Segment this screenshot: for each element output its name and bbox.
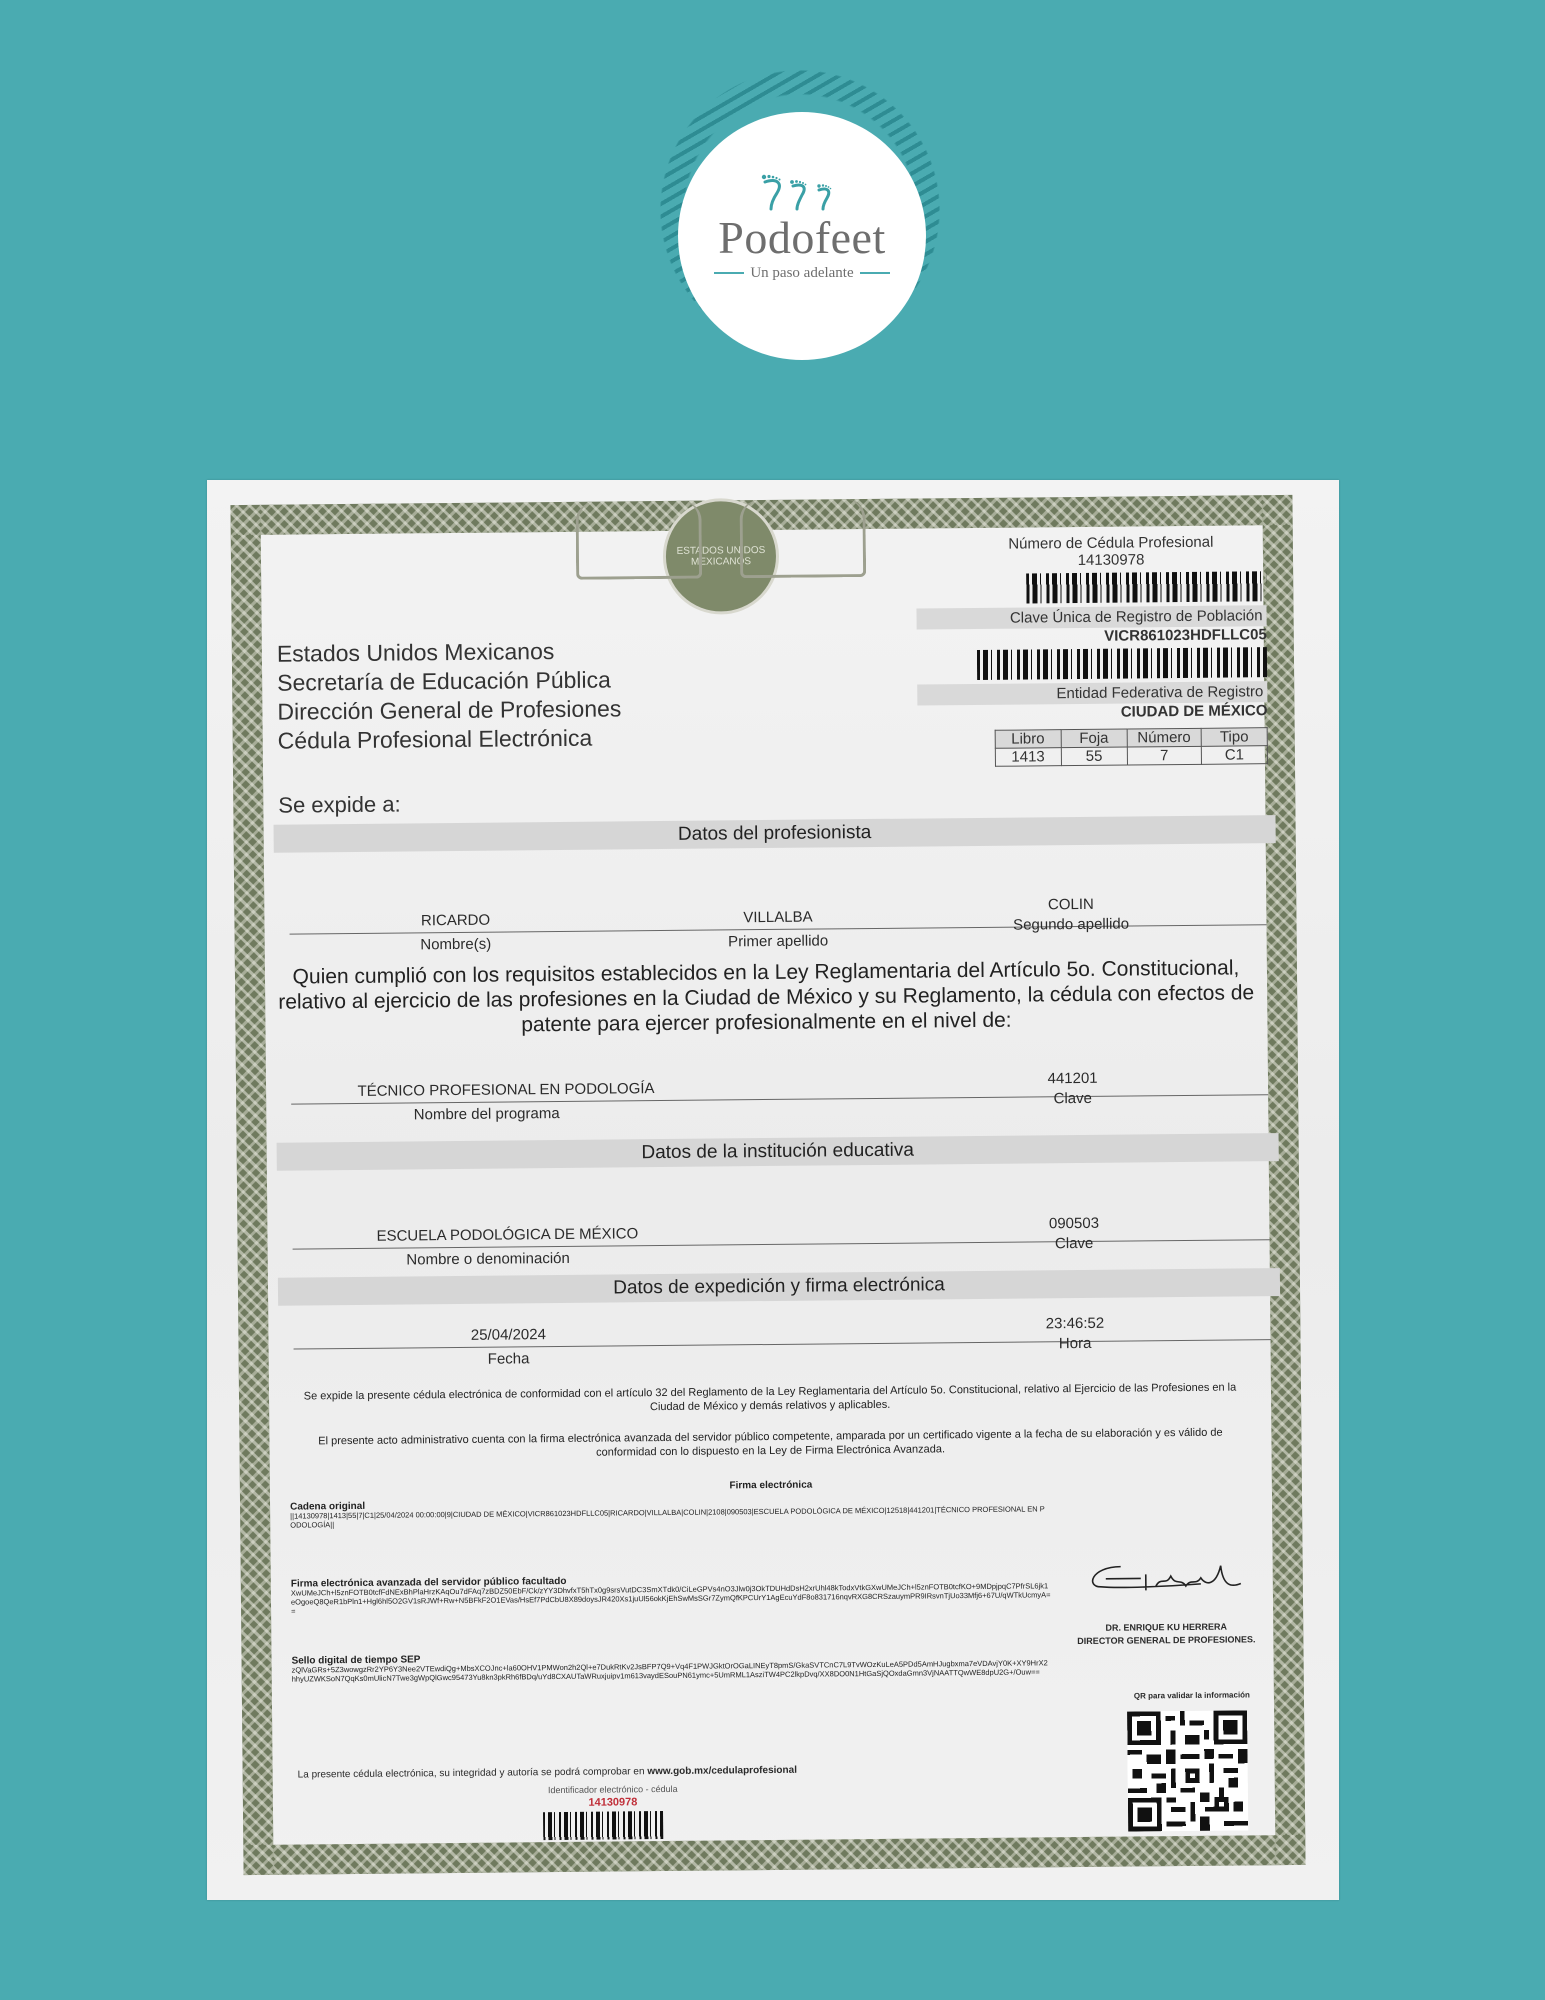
- table-header: Foja: [1061, 729, 1127, 748]
- program-name: TÉCNICO PROFESIONAL EN PODOLOGÍA: [357, 1080, 654, 1100]
- table-header: Número: [1127, 728, 1202, 747]
- logo-tagline: Un paso adelante: [714, 265, 889, 282]
- legal-text-2: El presente acto administrativo cuenta c…: [269, 1425, 1271, 1463]
- table-cell: C1: [1201, 746, 1267, 765]
- verify-text: La presente cédula electrónica, su integ…: [298, 1766, 645, 1780]
- qr-label: QR para validar la información: [1102, 1690, 1282, 1701]
- tagline-dash-right: [860, 272, 890, 274]
- cedula-barcode: [1026, 571, 1266, 603]
- table-cell: 55: [1061, 747, 1127, 766]
- qr-code-icon[interactable]: [1127, 1710, 1248, 1831]
- issuer-header: Estados Unidos Mexicanos Secretaría de E…: [277, 636, 622, 755]
- header-line: Dirección General de Profesiones: [277, 694, 621, 726]
- verify-url-link[interactable]: www.gob.mx/cedulaprofesional: [647, 1765, 797, 1777]
- institution-clave-label: Clave: [1055, 1235, 1094, 1252]
- institution-name: ESCUELA PODOLÓGICA DE MÉXICO: [376, 1225, 638, 1245]
- issue-date: 25/04/2024: [471, 1326, 546, 1344]
- primer-apellido-value: VILLALBA: [743, 909, 812, 927]
- tagline-dash-left: [714, 272, 744, 274]
- registry-table: Libro Foja Número Tipo 1413 55 7 C1: [994, 727, 1268, 767]
- program-clave: 441201: [1047, 1070, 1097, 1087]
- curp-barcode: [977, 647, 1267, 680]
- table-header: Libro: [995, 730, 1061, 749]
- verification-text: La presente cédula electrónica, su integ…: [298, 1765, 797, 1781]
- issue-time: 23:46:52: [1046, 1315, 1105, 1333]
- footprints-icon: [757, 173, 847, 213]
- segundo-apellido-value: COLIN: [1048, 896, 1094, 913]
- institution-name-label: Nombre o denominación: [406, 1250, 570, 1269]
- issuance-row: 25/04/2024 Fecha 23:46:52 Hora: [293, 1315, 1270, 1379]
- program-clave-label: Clave: [1054, 1090, 1093, 1107]
- cedula-document: ESTADOS UNIDOS MEXICANOS Estados Unidos …: [207, 480, 1339, 1900]
- legal-text-1: Se expide la presente cédula electrónica…: [269, 1380, 1271, 1418]
- section-institucion: Datos de la institución educativa: [277, 1133, 1279, 1171]
- electronic-id-label: Identificador electrónico - cédula: [523, 1784, 703, 1796]
- cedula-number: 14130978: [916, 550, 1266, 570]
- director-title: DIRECTOR GENERAL DE PROFESIONES.: [1061, 1633, 1271, 1648]
- curp-value: VICR861023HDFLLC05: [917, 626, 1267, 646]
- section-profesionista: Datos del profesionista: [274, 815, 1276, 853]
- nombre-label: Nombre(s): [420, 936, 491, 954]
- director-signature: [1081, 1555, 1261, 1607]
- institution-clave: 090503: [1049, 1215, 1099, 1232]
- sello-digital: Sello digital de tiempo SEP zQlVaGRs+5Z3…: [292, 1649, 1052, 1683]
- tagline-text: Un paso adelante: [750, 265, 853, 282]
- issue-time-label: Hora: [1059, 1335, 1092, 1352]
- national-seal-header: ESTADOS UNIDOS MEXICANOS: [555, 499, 886, 592]
- podofeet-logo: Podofeet Un paso adelante: [660, 70, 940, 380]
- statement-text: Quien cumplió con los requisitos estable…: [265, 955, 1268, 1040]
- director-block: DR. ENRIQUE KU HERRERA DIRECTOR GENERAL …: [1061, 1620, 1271, 1648]
- field-underline: [294, 1339, 1271, 1349]
- logo-circle: Podofeet Un paso adelante: [678, 112, 926, 360]
- document-content: ESTADOS UNIDOS MEXICANOS Estados Unidos …: [261, 525, 1276, 1845]
- header-line: Secretaría de Educación Pública: [277, 665, 621, 697]
- electronic-id-barcode: [543, 1811, 663, 1840]
- registry-info: Número de Cédula Profesional 14130978 Cl…: [916, 533, 1268, 767]
- nombre-value: RICARDO: [421, 912, 490, 930]
- table-cell: 7: [1127, 746, 1202, 765]
- header-line: Estados Unidos Mexicanos: [277, 636, 621, 668]
- cadena-original: Cadena original ||14130978|1413|55|7|C1|…: [290, 1495, 1050, 1529]
- seal-ornament-right: [739, 499, 866, 578]
- header-line: Cédula Profesional Electrónica: [278, 723, 622, 755]
- decorative-border: ESTADOS UNIDOS MEXICANOS Estados Unidos …: [230, 495, 1305, 1875]
- firma-title-text: Firma electrónica: [729, 1480, 812, 1492]
- firma-title: Firma electrónica: [270, 1470, 1272, 1498]
- issue-date-label: Fecha: [488, 1350, 530, 1367]
- firma-servidor: Firma electrónica avanzada del servidor …: [291, 1572, 1051, 1615]
- table-header: Tipo: [1201, 728, 1267, 747]
- program-name-label: Nombre del programa: [414, 1105, 560, 1123]
- electronic-id-value: 14130978: [523, 1796, 703, 1810]
- segundo-apellido-label: Segundo apellido: [1013, 916, 1129, 934]
- table-cell: 1413: [995, 748, 1061, 767]
- cedula-number-label: Número de Cédula Profesional: [916, 533, 1266, 553]
- person-name-row: RICARDO Nombre(s) VILLALBA Primer apelli…: [289, 900, 1266, 964]
- seal-ornament-left: [575, 501, 702, 580]
- program-row: TÉCNICO PROFESIONAL EN PODOLOGÍA Nombre …: [291, 1070, 1268, 1134]
- logo-brand-name: Podofeet: [718, 215, 886, 261]
- primer-apellido-label: Primer apellido: [728, 932, 828, 950]
- entidad-value: CIUDAD DE MÉXICO: [917, 702, 1267, 722]
- se-expide-label: Se expide a:: [278, 792, 401, 819]
